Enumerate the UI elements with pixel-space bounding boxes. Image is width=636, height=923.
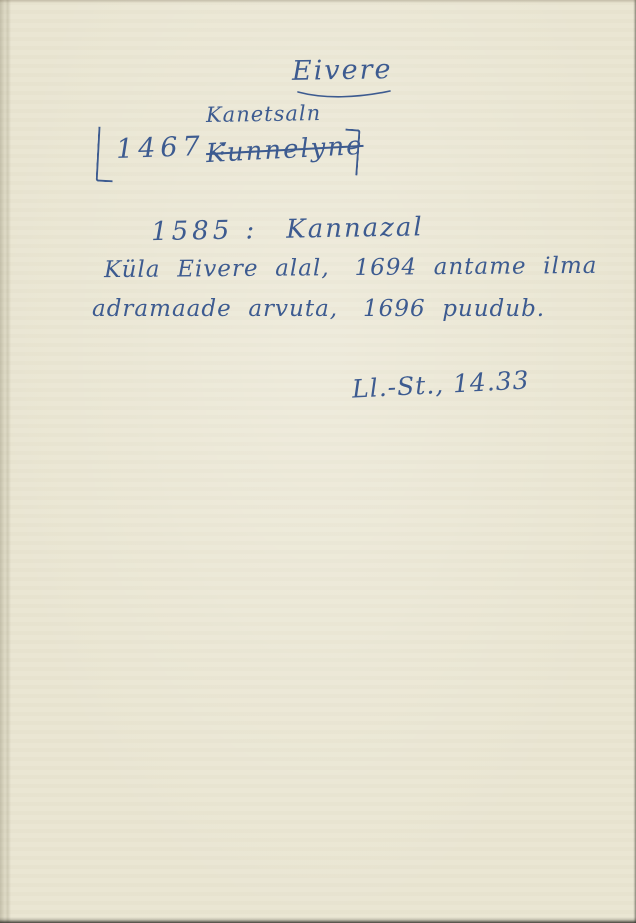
- source-reference: Ll.-St., 14.33: [351, 366, 530, 403]
- title-underline-flourish: [296, 86, 392, 100]
- paper-top-edge: [0, 0, 636, 3]
- note-line-2: adramaade arvuta, 1696 puudub.: [92, 297, 545, 322]
- right-bracket: [342, 129, 360, 176]
- struck-out-name: Kunnelyne: [205, 132, 364, 169]
- paper-left-edge: [0, 0, 11, 923]
- card-title: Eivere: [292, 55, 393, 86]
- archive-card: Eivere Kanetsaln 1467 : Kunnelyne 1585 :…: [0, 0, 636, 923]
- paper-bottom-edge: [0, 917, 636, 923]
- name-1585: Kannazal: [286, 212, 424, 244]
- left-bracket: [96, 127, 116, 183]
- inserted-correction-text: Kanetsaln: [206, 102, 322, 127]
- year-1585-label: 1585 :: [151, 215, 259, 247]
- note-line-1: Küla Eivere alal, 1694 antame ilma: [104, 254, 598, 284]
